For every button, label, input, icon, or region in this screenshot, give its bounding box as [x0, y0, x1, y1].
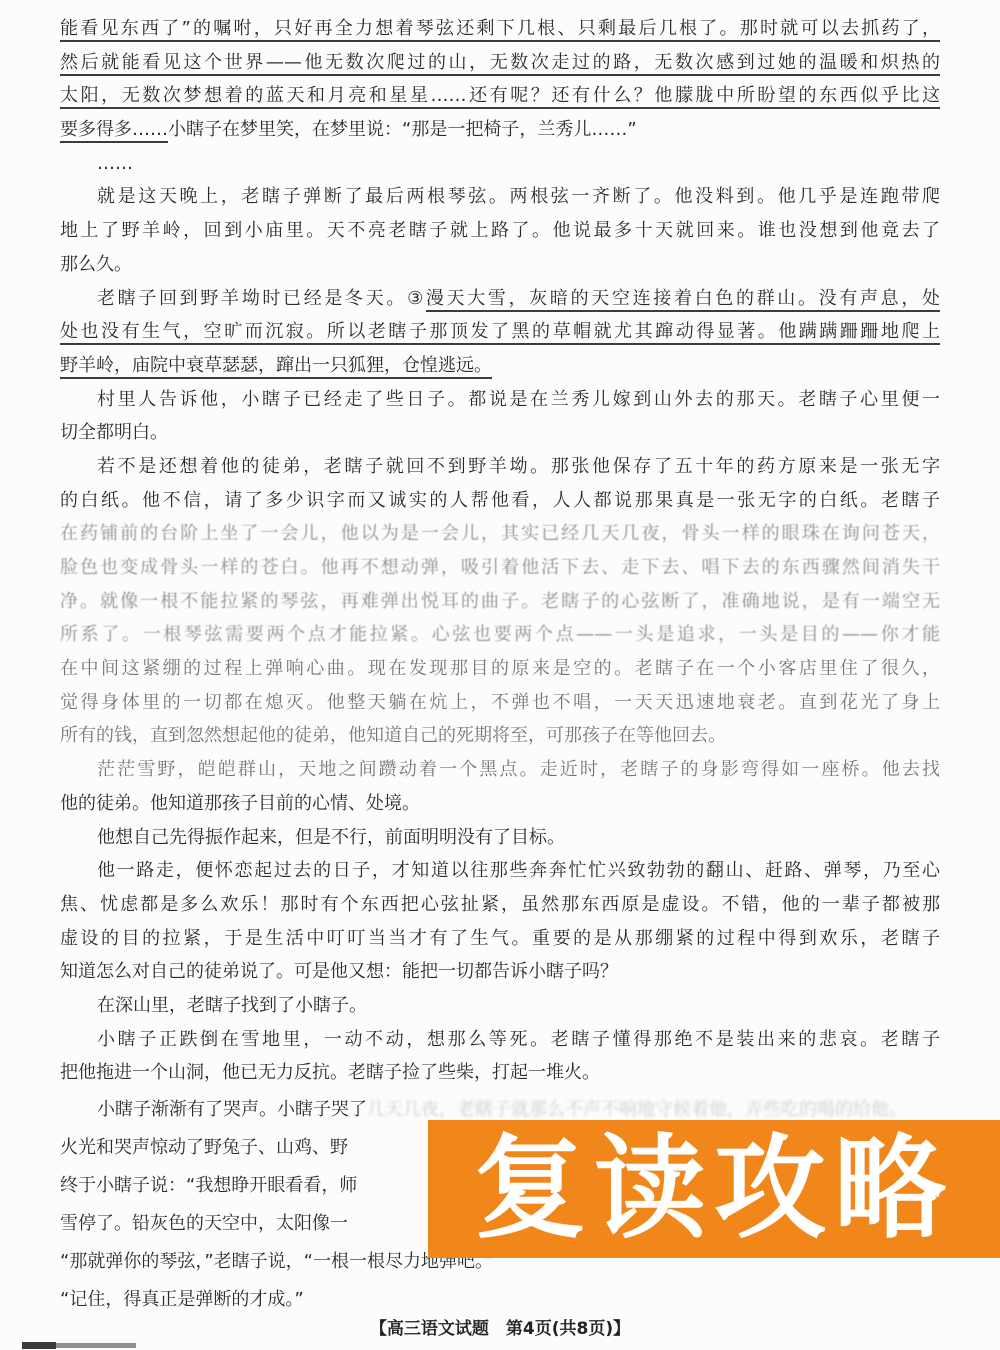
scan-artifact-bar — [56, 1343, 136, 1348]
underlined-text: 处也没有生气，空旷而沉寂。所以老瞎子那顶发了黑的草帽就尤其蹿动得显著。他蹒蹒跚跚… — [60, 321, 940, 342]
underlined-text: 要多得多…… — [60, 119, 168, 140]
text-line: 所系了。一根琴弦需要两个点才能拉紧。心弦也要两个点——一头是追求，一头是目的——… — [60, 618, 940, 652]
text-segment: 就是这天晚上，老瞎子弹断了最后两根琴弦。两根弦一齐断了。他没料到。他几乎是连跑带… — [97, 186, 940, 207]
text-line: 把他拖进一个山洞，他已无力反抗。老瞎子捡了些柴，打起一堆火。 — [60, 1056, 940, 1090]
text-segment: “记住，得真正是弹断的才成。” — [60, 1289, 304, 1310]
text-line: 焦、忧虑都是多么欢乐！那时有个东西把心弦扯紧，虽然那东西原是虚设。不错，他的一辈… — [60, 888, 940, 922]
text-segment: 脸色也变成骨头一样的苍白。他再不想动弹，吸引着他活下去、走下去、唱下去的东西骤然… — [60, 557, 940, 578]
text-line: 觉得身体里的一切都在熄灭。他整天躺在炕上，不弹也不唱，一天天迅速地衰老。直到花光… — [60, 686, 940, 720]
text-segment: …… — [97, 153, 133, 174]
text-line: 在药铺前的台阶上坐了一会儿，他以为是一会儿，其实已经几天几夜，骨头一样的眼珠在询… — [60, 517, 940, 551]
underlined-text: 然后就能看见这个世界——他无数次爬过的山，无数次走过的路，无数次感到过她的温暖和… — [60, 52, 940, 73]
text-line: 若不是还想着他的徒弟，老瞎子就回不到野羊坳。那张他保存了五十年的药方原来是一张无… — [60, 450, 940, 484]
text-line: 地上了野羊岭，回到小庙里。天不亮老瞎子就上路了。他说最多十天就回来。谁也没想到他… — [60, 214, 940, 248]
text-line: 的白纸。他不信，请了多少识字而又诚实的人帮他看，人人都说那果真是一张无字的白纸。… — [60, 484, 940, 518]
text-segment: 雪停了。铅灰色的天空中，太阳像一 — [60, 1213, 348, 1234]
text-segment: 净。就像一根不能拉紧的琴弦，再难弹出悦耳的曲子。老瞎子的心弦断了，准确地说，是有… — [60, 591, 940, 612]
text-segment: 把他拖进一个山洞，他已无力反抗。老瞎子捡了些柴，打起一堆火。 — [60, 1062, 600, 1083]
underlined-text: 能看见东西了”的嘱咐，只好再全力想着琴弦还剩下几根、只剩最后几根了。那时就可以去… — [60, 18, 940, 39]
text-segment: 小瞎子在梦里笑，在梦里说：“那是一把椅子，兰秀儿……” — [168, 119, 637, 140]
text-segment: 在中间这紧绷的过程上弹响心曲。现在发现那目的原来是空的。老瞎子在一个小客店里住了… — [60, 658, 940, 679]
text-line: 野羊岭，庙院中衰草瑟瑟，蹿出一只狐狸，仓惶逃远。 — [60, 349, 940, 383]
text-line: …… — [60, 147, 940, 181]
scan-artifact-bar — [22, 1342, 56, 1349]
text-line: 太阳，无数次梦想着的蓝天和月亮和星星……还有呢？还有什么？他朦胧中所盼望的东西似… — [60, 79, 940, 113]
text-line: 他一路走，便怀恋起过去的日子，才知道以往那些奔奔忙忙兴致勃勃的翻山、赶路、弹琴，… — [60, 854, 940, 888]
text-line: 知道怎么对自己的徒弟说了。可是他又想：能把一切都告诉小瞎子吗？ — [60, 955, 940, 989]
text-segment: 小瞎子正跌倒在雪地里，一动不动，想那么等死。老瞎子懂得那绝不是装出来的悲哀。老瞎… — [97, 1029, 940, 1050]
underlined-text: 漫天大雪，灰暗的天空连接着白色的群山。没有声息，处 — [426, 288, 940, 309]
text-segment: 若不是还想着他的徒弟，老瞎子就回不到野羊坳。那张他保存了五十年的药方原来是一张无… — [97, 456, 940, 477]
text-line: 就是这天晚上，老瞎子弹断了最后两根琴弦。两根弦一齐断了。他没料到。他几乎是连跑带… — [60, 180, 940, 214]
text-line: 所有的钱，直到忽然想起他的徒弟，他知道自己的死期将至，可那孩子在等他回去。 — [60, 719, 940, 753]
text-segment: 地上了野羊岭，回到小庙里。天不亮老瞎子就上路了。他说最多十天就回来。谁也没想到他… — [60, 220, 940, 241]
text-segment: 在药铺前的台阶上坐了一会儿，他以为是一会儿，其实已经几天几夜，骨头一样的眼珠在询… — [60, 523, 940, 544]
text-line: 然后就能看见这个世界——他无数次爬过的山，无数次走过的路，无数次感到过她的温暖和… — [60, 46, 940, 80]
text-segment: 茫茫雪野，皑皑群山，天地之间躜动着一个黑点。走近时，老瞎子的身影弯得如一座桥。他… — [97, 759, 940, 780]
text-segment: 切全都明白。 — [60, 422, 168, 443]
text-line: 虚设的目的拉紧，于是生活中叮叮当当才有了生气。重要的是从那绷紧的过程中得到欢乐，… — [60, 922, 940, 956]
text-line: 要多得多……小瞎子在梦里笑，在梦里说：“那是一把椅子，兰秀儿……” — [60, 113, 940, 147]
text-line: 小瞎子正跌倒在雪地里，一动不动，想那么等死。老瞎子懂得那绝不是装出来的悲哀。老瞎… — [60, 1023, 940, 1057]
text-segment: 所有的钱，直到忽然想起他的徒弟，他知道自己的死期将至，可那孩子在等他回去。 — [60, 725, 726, 746]
text-segment: 火光和哭声惊动了野兔子、山鸡、野 — [60, 1137, 348, 1158]
text-line: 在深山里，老瞎子找到了小瞎子。 — [60, 989, 940, 1023]
text-segment: 老瞎子回到野羊坳时已经是冬天。③ — [97, 288, 426, 309]
faded-illegible-text: 几天几夜，老瞎子就那么不声不响地守候着他，弄些吃的喝的给他。 — [367, 1099, 907, 1120]
text-segment: 虚设的目的拉紧，于是生活中叮叮当当才有了生气。重要的是从那绷紧的过程中得到欢乐，… — [60, 928, 940, 949]
text-line: 在中间这紧绷的过程上弹响心曲。现在发现那目的原来是空的。老瞎子在一个小客店里住了… — [60, 652, 940, 686]
page-footer: 【高三语文试题 第4页(共8页)】 — [0, 1314, 1000, 1339]
text-line: 茫茫雪野，皑皑群山，天地之间躜动着一个黑点。走近时，老瞎子的身影弯得如一座桥。他… — [60, 753, 940, 787]
underlined-text: 野羊岭，庙院中衰草瑟瑟，蹿出一只狐狸，仓惶逃远。 — [60, 355, 492, 376]
text-line: 他的徒弟。他知道那孩子目前的心情、处境。 — [60, 787, 940, 821]
text-segment: 终于小瞎子说：“我想睁开眼看看，师 — [60, 1175, 357, 1196]
text-segment: “那就弹你的琴弦，”老瞎子说，“一根 — [60, 1251, 349, 1272]
underlined-text: 太阳，无数次梦想着的蓝天和月亮和星星……还有呢？还有什么？他朦胧中所盼望的东西似… — [60, 85, 940, 106]
text-segment: 他的徒弟。他知道那孩子目前的心情、处境。 — [60, 793, 420, 814]
text-segment: 所系了。一根琴弦需要两个点才能拉紧。心弦也要两个点——一头是追求，一头是目的——… — [60, 624, 940, 645]
text-line: 处也没有生气，空旷而沉寂。所以老瞎子那顶发了黑的草帽就尤其蹿动得显著。他蹒蹒跚跚… — [60, 315, 940, 349]
text-segment: 在深山里，老瞎子找到了小瞎子。 — [97, 995, 367, 1016]
text-segment: 焦、忧虑都是多么欢乐！那时有个东西把心弦扯紧，虽然那东西原是虚设。不错，他的一辈… — [60, 894, 940, 915]
text-segment: 那么久。 — [60, 254, 132, 275]
text-segment: 觉得身体里的一切都在熄灭。他整天躺在炕上，不弹也不唱，一天天迅速地衰老。直到花光… — [60, 692, 940, 713]
text-segment: 他一路走，便怀恋起过去的日子，才知道以往那些奔奔忙忙兴致勃勃的翻山、赶路、弹琴，… — [97, 860, 940, 881]
exam-page: 能看见东西了”的嘱咐，只好再全力想着琴弦还剩下几根、只剩最后几根了。那时就可以去… — [0, 0, 1000, 1350]
text-line: 那么久。 — [60, 248, 940, 282]
text-segment: 知道怎么对自己的徒弟说了。可是他又想：能把一切都告诉小瞎子吗？ — [60, 961, 618, 982]
exam-body-text: 能看见东西了”的嘱咐，只好再全力想着琴弦还剩下几根、只剩最后几根了。那时就可以去… — [60, 12, 940, 1090]
text-line: 切全都明白。 — [60, 416, 940, 450]
text-line: 净。就像一根不能拉紧的琴弦，再难弹出悦耳的曲子。老瞎子的心弦断了，准确地说，是有… — [60, 585, 940, 619]
text-segment: 小瞎子渐渐有了哭声。小瞎子哭了 — [97, 1099, 367, 1120]
text-segment: 的白纸。他不信，请了多少识字而又诚实的人帮他看，人人都说那果真是一张无字的白纸。… — [60, 490, 940, 511]
text-segment: 他想自己先得振作起来，但是不行，前面明明没有了目标。 — [97, 827, 565, 848]
text-line: 村里人告诉他，小瞎子已经走了些日子。都说是在兰秀儿嫁到山外去的那天。老瞎子心里便… — [60, 383, 940, 417]
text-line: 能看见东西了”的嘱咐，只好再全力想着琴弦还剩下几根、只剩最后几根了。那时就可以去… — [60, 12, 940, 46]
text-segment: 村里人告诉他，小瞎子已经走了些日子。都说是在兰秀儿嫁到山外去的那天。老瞎子心里便… — [97, 389, 940, 410]
text-line: 老瞎子回到野羊坳时已经是冬天。③漫天大雪，灰暗的天空连接着白色的群山。没有声息，… — [60, 282, 940, 316]
text-line: 脸色也变成骨头一样的苍白。他再不想动弹，吸引着他活下去、走下去、唱下去的东西骤然… — [60, 551, 940, 585]
watermark-text: 复读攻略 — [474, 1133, 954, 1245]
watermark-overlay: 复读攻略 — [428, 1120, 1000, 1258]
text-line: 他想自己先得振作起来，但是不行，前面明明没有了目标。 — [60, 821, 940, 855]
